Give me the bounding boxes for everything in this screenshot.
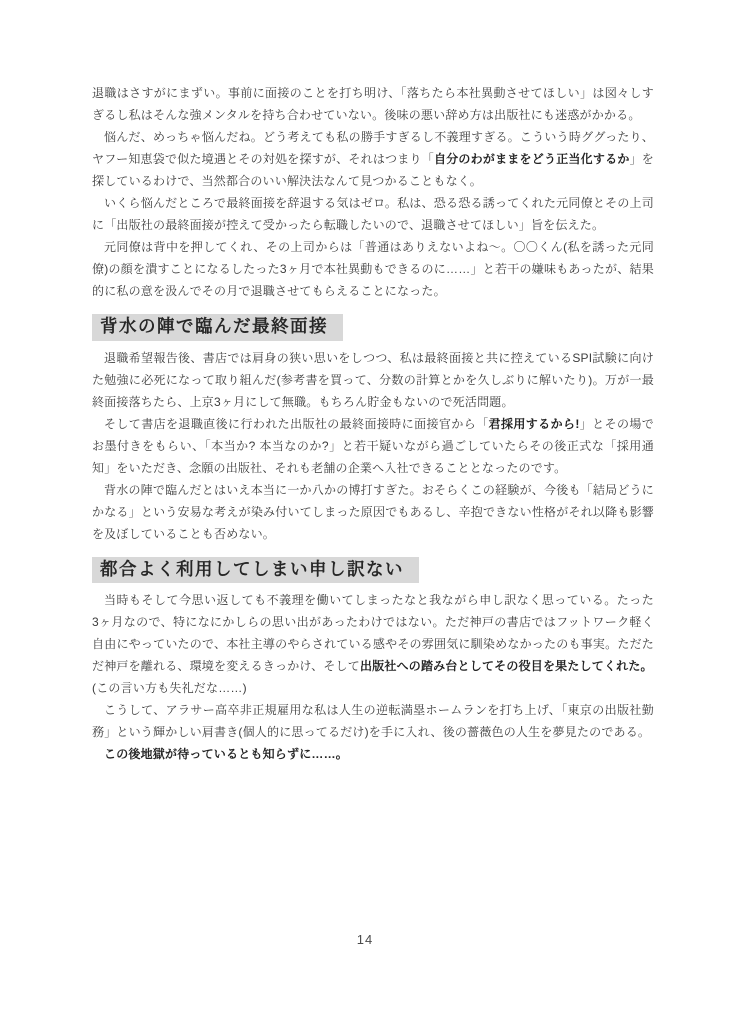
text-run: 背水の陣で臨んだとはいえ本当に一か八かの博打すぎた。おそらくこの経験が、今後も「… [92,483,654,541]
section-heading-text: 都合よく利用してしまい申し訳ない [92,557,419,584]
document-page: 退職はさすがにまずい。事前に面接のことを打ち明け、「落ちたら本社異動させてほしい… [0,0,730,1024]
bold-run: 君採用するから! [489,417,580,431]
text-run: いくら悩んだところで最終面接を辞退する気はゼロ。私は、恐る恐る誘ってくれた元同僚… [92,196,654,232]
paragraph: 退職はさすがにまずい。事前に面接のことを打ち明け、「落ちたら本社異動させてほしい… [92,82,654,126]
text-run: 退職はさすがにまずい。事前に面接のことを打ち明け、「落ちたら本社異動させてほしい… [92,86,654,122]
text-run: そして書店を退職直後に行われた出版社の最終面接時に面接官から「 [104,417,489,431]
paragraph: こうして、アラサー高卒非正規雇用な私は人生の逆転満塁ホームランを打ち上げ、「東京… [92,699,654,743]
page-content: 退職はさすがにまずい。事前に面接のことを打ち明け、「落ちたら本社異動させてほしい… [92,82,654,765]
paragraph: そして書店を退職直後に行われた出版社の最終面接時に面接官から「君採用するから!」… [92,413,654,479]
paragraph: 元同僚は背中を押してくれ、その上司からは「普通はありえないよね〜。〇〇くん(私を… [92,236,654,302]
section-heading-text: 背水の陣で臨んだ最終面接 [92,314,343,341]
paragraph: 退職希望報告後、書店では肩身の狭い思いをしつつ、私は最終面接と共に控えているSP… [92,347,654,413]
text-run: 元同僚は背中を押してくれ、その上司からは「普通はありえないよね〜。〇〇くん(私を… [92,240,654,298]
bold-run: 自分のわがままをどう正当化するか [434,152,630,166]
bold-run: この後地獄が待っているとも知らずに……。 [104,747,348,761]
section-heading: 都合よく利用してしまい申し訳ない [92,557,654,584]
page-number: 14 [0,932,730,947]
text-run: こうして、アラサー高卒非正規雇用な私は人生の逆転満塁ホームランを打ち上げ、「東京… [92,703,654,739]
paragraph: 背水の陣で臨んだとはいえ本当に一か八かの博打すぎた。おそらくこの経験が、今後も「… [92,479,654,545]
paragraph: 当時もそして今思い返しても不義理を働いてしまったなと我ながら申し訳なく思っている… [92,589,654,677]
text-run: (この言い方も失礼だな……) [92,681,247,695]
section-heading: 背水の陣で臨んだ最終面接 [92,314,654,341]
paragraph: いくら悩んだところで最終面接を辞退する気はゼロ。私は、恐る恐る誘ってくれた元同僚… [92,192,654,236]
paragraph: この後地獄が待っているとも知らずに……。 [92,743,654,765]
paragraph: (この言い方も失礼だな……) [92,677,654,699]
paragraph: 悩んだ、めっちゃ悩んだね。どう考えても私の勝手すぎるし不義理すぎる。こういう時グ… [92,126,654,192]
text-run: 退職希望報告後、書店では肩身の狭い思いをしつつ、私は最終面接と共に控えているSP… [92,351,654,409]
bold-run: 出版社への踏み台としてその役目を果たしてくれた。 [360,659,653,673]
